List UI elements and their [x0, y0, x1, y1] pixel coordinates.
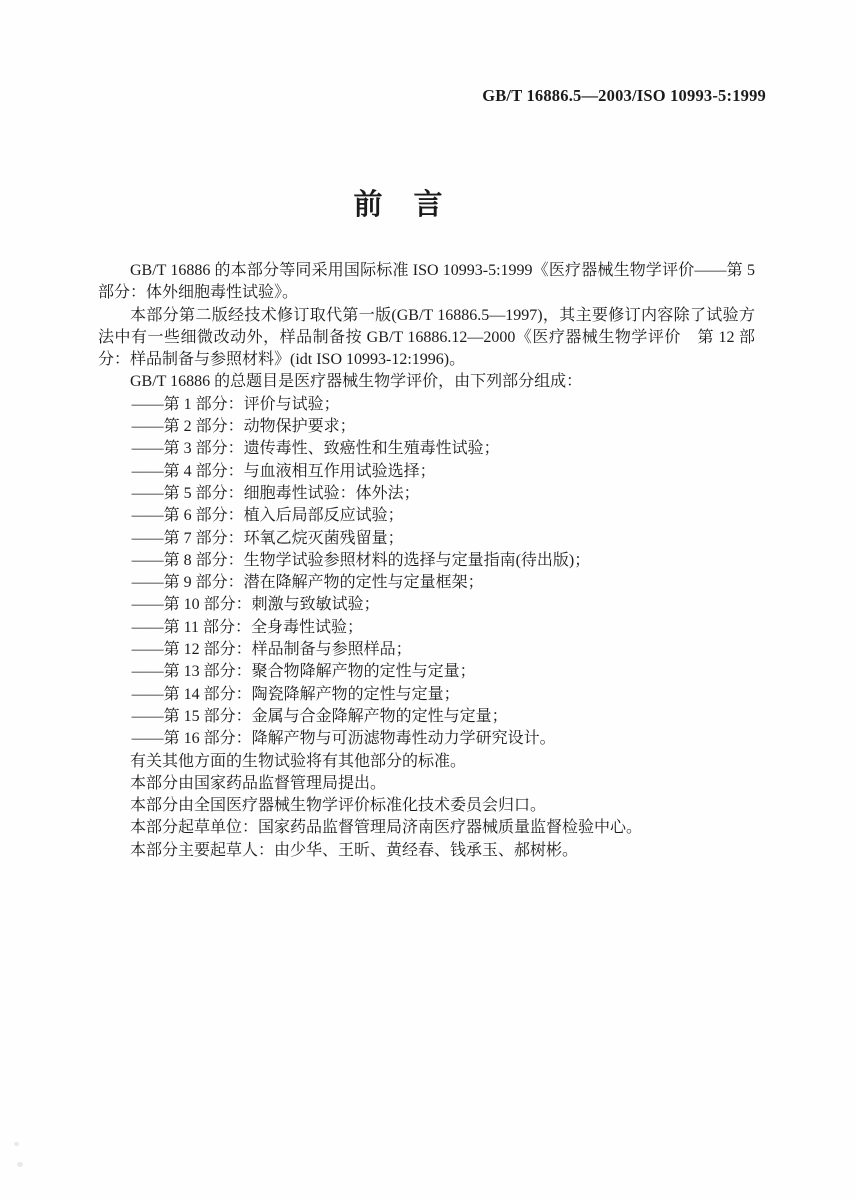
- part-item-16: ——第 16 部分：降解产物与可沥滤物毒性动力学研究设计。: [98, 728, 755, 750]
- part-item-6: ——第 6 部分：植入后局部反应试验；: [98, 505, 755, 527]
- document-page: GB/T 16886.5—2003/ISO 10993-5:1999 前 言 G…: [0, 0, 857, 1200]
- part-item-4: ——第 4 部分：与血液相互作用试验选择；: [98, 461, 755, 483]
- part-item-13: ——第 13 部分：聚合物降解产物的定性与定量；: [98, 661, 755, 683]
- part-item-8: ——第 8 部分：生物学试验参照材料的选择与定量指南(待出版)；: [98, 550, 755, 572]
- part-item-10: ——第 10 部分：刺激与致敏试验；: [98, 594, 755, 616]
- parts-list: ——第 1 部分：评价与试验； ——第 2 部分：动物保护要求； ——第 3 部…: [98, 394, 755, 751]
- part-item-14: ——第 14 部分：陶瓷降解产物的定性与定量；: [98, 684, 755, 706]
- part-item-3: ——第 3 部分：遗传毒性、致癌性和生殖毒性试验；: [98, 438, 755, 460]
- closing-proposed-by: 本部分由国家药品监督管理局提出。: [98, 773, 755, 795]
- scan-speckle: [17, 1162, 23, 1167]
- closing-drafting-organization: 本部分起草单位：国家药品监督管理局济南医疗器械质量监督检验中心。: [98, 817, 755, 839]
- scan-speckle: [14, 1142, 19, 1146]
- paragraph-series-intro: GB/T 16886 的总题目是医疗器械生物学评价，由下列部分组成：: [98, 371, 755, 393]
- paragraph-scope: GB/T 16886 的本部分等同采用国际标准 ISO 10993-5:1999…: [98, 260, 755, 305]
- closing-drafters: 本部分主要起草人：由少华、王昕、黄经春、钱承玉、郝树彬。: [98, 840, 755, 862]
- standard-code: GB/T 16886.5—2003/ISO 10993-5:1999: [98, 86, 766, 106]
- paragraph-revision: 本部分第二版经技术修订取代第一版(GB/T 16886.5—1997)，其主要修…: [98, 305, 755, 372]
- closing-centralized-by: 本部分由全国医疗器械生物学评价标准化技术委员会归口。: [98, 795, 755, 817]
- part-item-15: ——第 15 部分：金属与合金降解产物的定性与定量；: [98, 706, 755, 728]
- part-item-9: ——第 9 部分：潜在降解产物的定性与定量框架；: [98, 572, 755, 594]
- part-item-12: ——第 12 部分：样品制备与参照样品；: [98, 639, 755, 661]
- page-title: 前 言: [0, 182, 827, 223]
- part-item-5: ——第 5 部分：细胞毒性试验：体外法；: [98, 483, 755, 505]
- part-item-1: ——第 1 部分：评价与试验；: [98, 394, 755, 416]
- part-item-11: ——第 11 部分：全身毒性试验；: [98, 617, 755, 639]
- closing-other-aspects: 有关其他方面的生物试验将有其他部分的标准。: [98, 751, 755, 773]
- foreword-body: GB/T 16886 的本部分等同采用国际标准 ISO 10993-5:1999…: [98, 260, 755, 862]
- part-item-7: ——第 7 部分：环氧乙烷灭菌残留量；: [98, 528, 755, 550]
- part-item-2: ——第 2 部分：动物保护要求；: [98, 416, 755, 438]
